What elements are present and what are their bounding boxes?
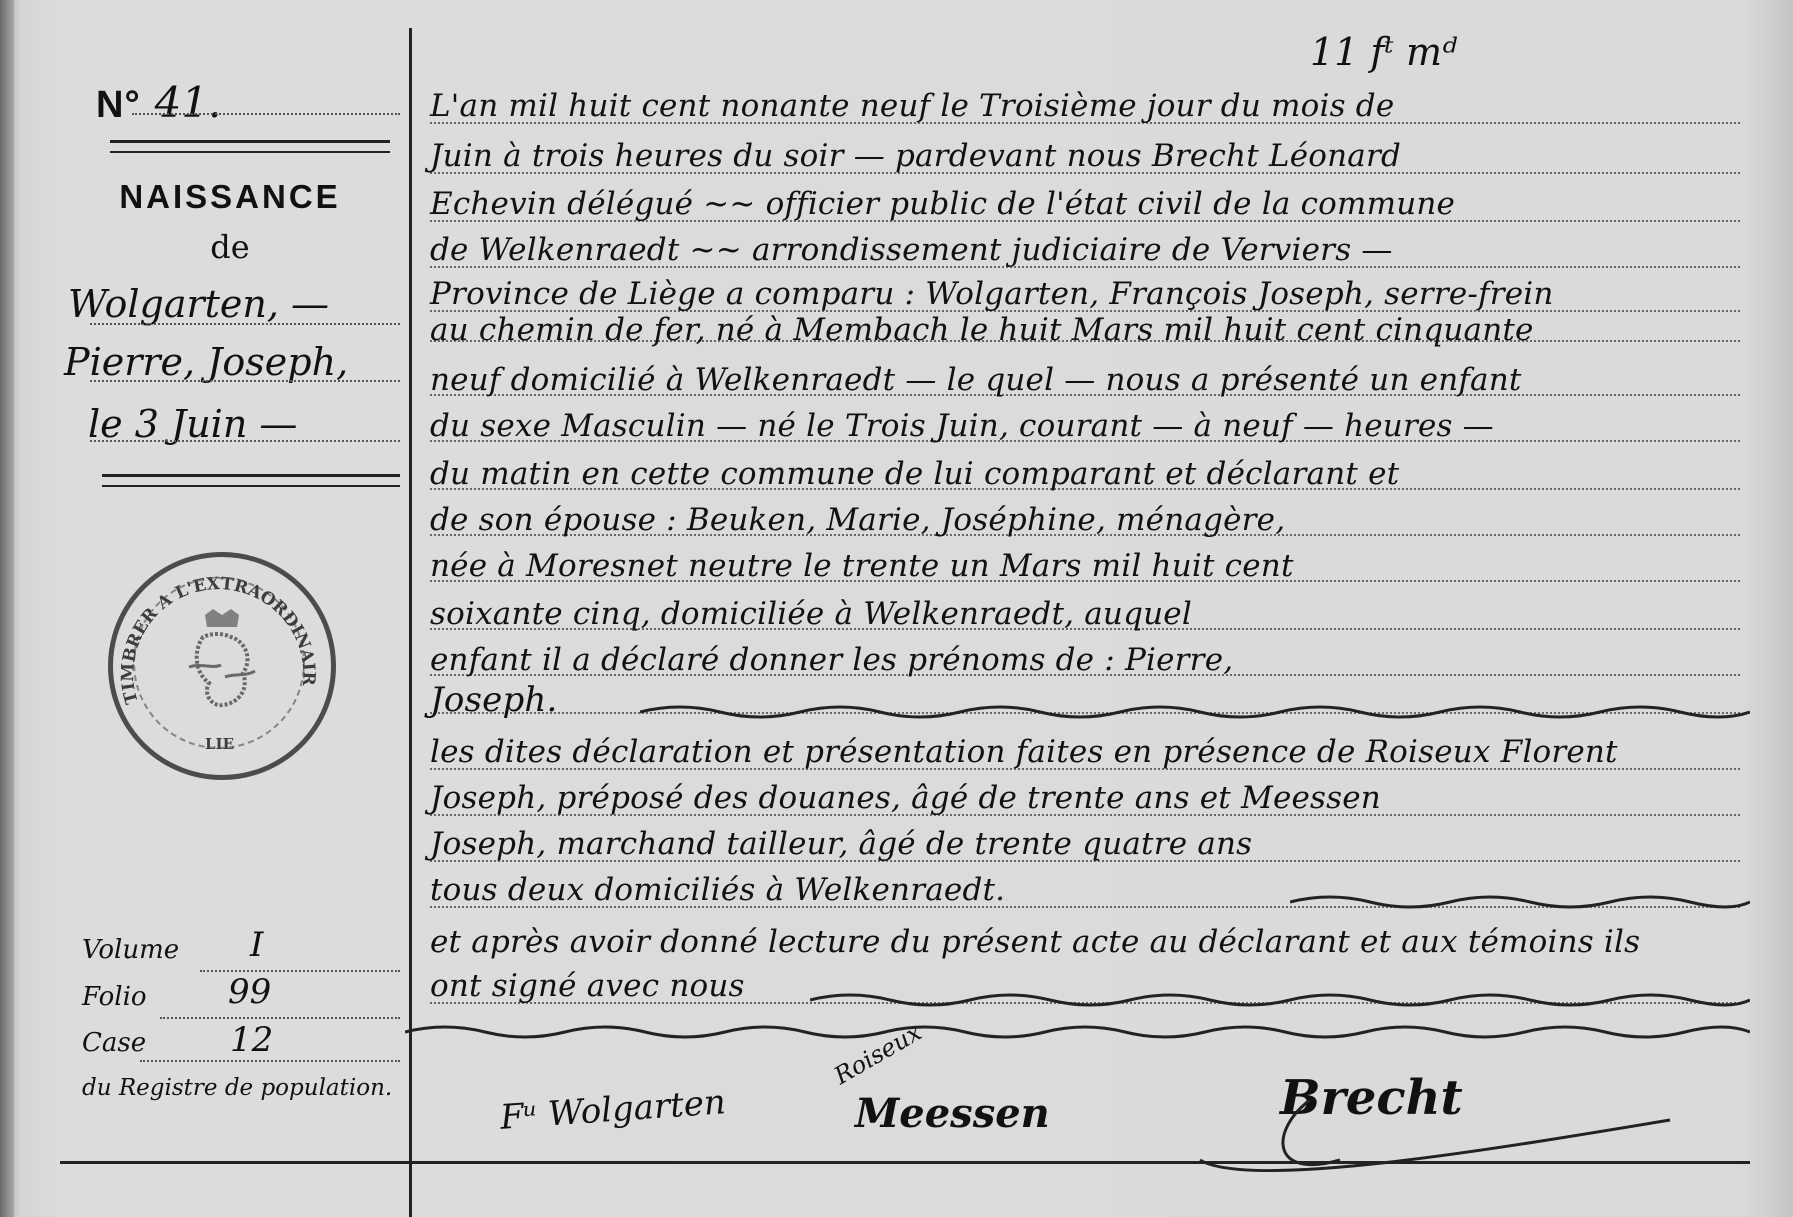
body-line-5: Province de Liège a comparu : Wolgarten,… <box>430 276 1554 312</box>
record-type-de: de <box>100 228 360 266</box>
body-line-9: du matin en cette commune de lui compara… <box>430 456 1399 492</box>
record-number-value: 41. <box>155 78 222 127</box>
folio-label: Folio <box>82 982 147 1012</box>
signature-declarant: Fᵘ Wolgarten <box>499 1082 727 1138</box>
subject-given-names: Pierre, Joseph, <box>64 340 348 384</box>
corner-annotation: 11 fᵗ mᵈ <box>1310 30 1457 74</box>
folio-dotted-line <box>160 1017 400 1019</box>
body-line-4: de Welkenraedt ~~ arrondissement judicia… <box>430 232 1393 268</box>
folio-value: 99 <box>228 972 271 1012</box>
body-line-13: enfant il a déclaré donner les prénoms d… <box>430 642 1233 678</box>
double-rule-top <box>110 140 390 153</box>
body-line-20: ont signé avec nous <box>430 968 745 1004</box>
fill-wave-1 <box>640 700 1750 724</box>
register-footer: du Registre de population. <box>82 1075 392 1101</box>
double-rule-bottom <box>102 474 400 487</box>
name-dotted-line-1 <box>90 323 400 325</box>
volume-label: Volume <box>82 935 179 965</box>
body-line-10: de son épouse : Beuken, Marie, Joséphine… <box>430 502 1285 538</box>
body-line-16: Joseph, préposé des douanes, âgé de tren… <box>430 780 1381 816</box>
body-line-12: soixante cinq, domiciliée à Welkenraedt,… <box>430 596 1192 632</box>
body-line-8: du sexe Masculin — né le Trois Juin, cou… <box>430 408 1494 444</box>
svg-text:TIMBRER A L'EXTRAORDINAIRE: TIMBRER A L'EXTRAORDINAIRE <box>108 552 319 706</box>
case-label: Case <box>82 1028 146 1058</box>
body-line-17: Joseph, marchand tailleur, âgé de trente… <box>430 826 1252 862</box>
body-line-14: Joseph. <box>430 680 558 720</box>
fiscal-stamp: TIMBRER A L'EXTRAORDINAIRE LIE <box>108 552 336 780</box>
body-line-7: neuf domicilié à Welkenraedt — le quel —… <box>430 362 1522 398</box>
margin-column: N° 41. NAISSANCE de Wolgarten, — Pierre,… <box>0 0 405 1217</box>
record-number: N° 41. <box>96 78 221 127</box>
body-line-19: et après avoir donné lecture du présent … <box>430 924 1640 960</box>
body-line-18: tous deux domiciliés à Welkenraedt. <box>430 872 1005 908</box>
signature-witness-meessen: Meessen <box>855 1090 1050 1137</box>
body-line-1: L'an mil huit cent nonante neuf le Trois… <box>430 88 1394 124</box>
fill-wave-2 <box>1290 890 1750 914</box>
body-line-15: les dites déclaration et présentation fa… <box>430 734 1618 770</box>
body-line-3: Echevin délégué ~~ officier public de l'… <box>430 186 1455 222</box>
record-number-label: N° <box>96 84 141 127</box>
stamp-bottom-text: LIE <box>205 735 234 753</box>
case-dotted-line <box>140 1060 400 1062</box>
body-line-11: née à Moresnet neutre le trente un Mars … <box>430 548 1294 584</box>
fill-wave-4 <box>405 1020 1750 1044</box>
body-line-2: Juin à trois heures du soir — pardevant … <box>430 138 1401 174</box>
scanned-register-page: N° 41. NAISSANCE de Wolgarten, — Pierre,… <box>0 0 1793 1217</box>
record-type-title: NAISSANCE <box>100 178 360 216</box>
subject-surname: Wolgarten, — <box>68 282 329 326</box>
case-value: 12 <box>230 1020 273 1060</box>
signature-flourish <box>1190 1070 1690 1190</box>
name-dotted-line-3 <box>90 440 400 442</box>
name-dotted-line-2 <box>90 380 400 382</box>
number-dotted-line <box>132 113 400 115</box>
volume-value: I <box>250 925 263 965</box>
fill-wave-3 <box>810 988 1750 1012</box>
body-line-6: au chemin de fer, né à Membach le huit M… <box>430 312 1534 348</box>
